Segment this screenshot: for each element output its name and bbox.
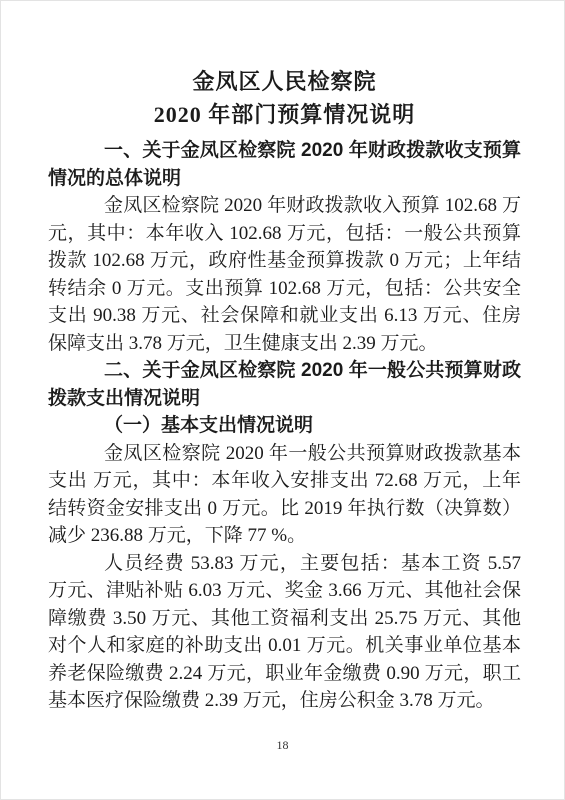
document-body: 一、关于金凤区检察院 2020 年财政拨款收支预算情况的总体说明 金凤区检察院 … [48,137,521,715]
subsection-1-paragraph-2: 人员经费 53.83 万元，主要包括：基本工资 5.57 万元、津贴补贴 6.0… [48,550,521,715]
document-title: 金凤区人民检察院 2020 年部门预算情况说明 [48,65,521,131]
section-1-heading: 一、关于金凤区检察院 2020 年财政拨款收支预算情况的总体说明 [48,137,521,192]
section-1-paragraph: 金凤区检察院 2020 年财政拨款收入预算 102.68 万元，其中：本年收入 … [48,192,521,357]
subsection-1-paragraph-1: 金凤区检察院 2020 年一般公共预算财政拨款基本支出 万元，其中：本年收入安排… [48,440,521,550]
document-title-line2: 2020 年部门预算情况说明 [48,98,521,131]
section-2-heading: 二、关于金凤区检察院 2020 年一般公共预算财政拨款支出情况说明 [48,357,521,412]
document-page: 金凤区人民检察院 2020 年部门预算情况说明 一、关于金凤区检察院 2020 … [0,0,565,800]
subsection-1-heading: （一）基本支出情况说明 [48,412,521,440]
document-content: 金凤区人民检察院 2020 年部门预算情况说明 一、关于金凤区检察院 2020 … [48,1,521,715]
page-number: 18 [1,738,564,753]
document-title-line1: 金凤区人民检察院 [48,65,521,98]
